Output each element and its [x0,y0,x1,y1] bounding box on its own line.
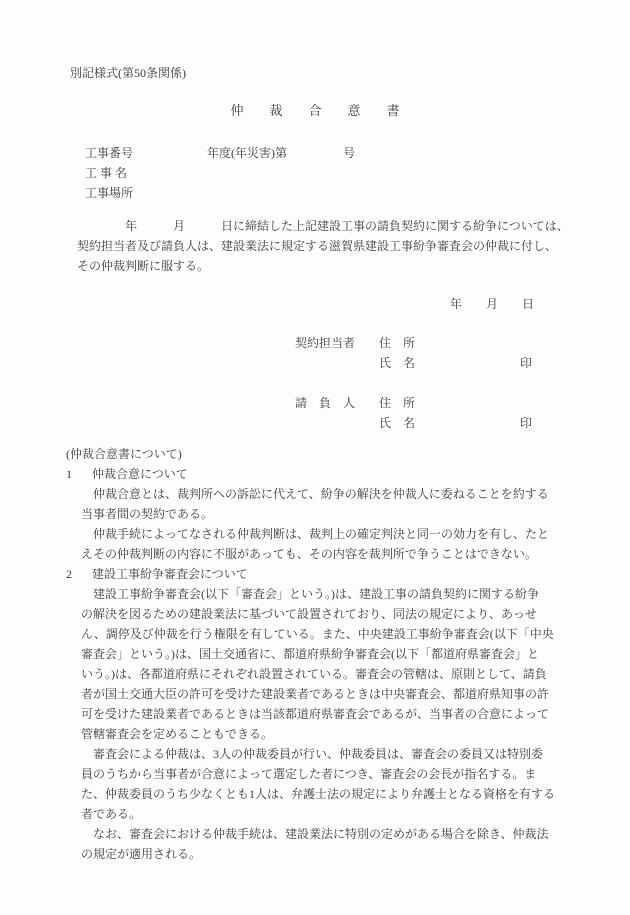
notes-item-1-paragraph: 仲裁合意とは、裁判所への訴訟に代えて、紛争の解決を仲裁人に委ねることを約する 当… [66,484,606,524]
construction-place-label: 工事場所 [85,183,565,203]
notes-item-2-title: 建設工事紛争審査会について [92,567,248,581]
signature-address-label: 住 所 [379,393,415,413]
notes-item-2-paragraph: 建設工事紛争審査会(以下「審査会」という。)は、建設工事の請負契約に関する紛争 … [66,584,606,744]
construction-name-label: 工 事 名 [85,163,565,183]
signature-party-label: 契約担当者 [295,333,355,353]
document-title: 仲 裁 合 意 書 [0,101,630,121]
signature-party-label: 請 負 人 [295,393,355,413]
notes-item-1-title: 仲裁合意について [92,467,188,481]
signature-name-label: 氏 名 [379,413,415,433]
notes-item-1-paragraph: 仲裁手続によってなされる仲裁判断は、裁判上の確定判決と同一の効力を有し、たと え… [66,524,606,564]
agreement-paragraph: 年 月 日に締結した上記建設工事の請負契約に関する紛争については、 契約担当者及… [77,216,607,276]
notes-heading: (仲裁合意書について) [66,444,606,464]
notes-item-2-paragraph: 審査会による仲裁は、3人の仲裁委員が行い、仲裁委員は、審査会の委員又は特別委 員… [66,744,606,824]
signature-name-label: 氏 名 [379,353,415,373]
signature-block-contract-officer: 契約担当者 住 所 氏 名 印 [0,333,630,373]
signature-seal-mark: 印 [520,413,532,433]
arbitration-agreement-document: 別記様式(第50条関係) 仲 裁 合 意 書 工事番号 年度(年災害)第 号 工… [0,0,630,915]
project-fields: 工事番号 年度(年災害)第 号 工 事 名 工事場所 [85,143,565,203]
signature-block-contractor: 請 負 人 住 所 氏 名 印 [0,393,630,433]
construction-number-suffix: 号 [343,143,355,163]
notes-section: (仲裁合意書について) 1仲裁合意について 仲裁合意とは、裁判所への訴訟に代えて… [66,444,606,864]
construction-number-value: 年度(年災害)第 [207,143,287,163]
notes-item-1-number: 1 [66,464,92,484]
signature-address-label: 住 所 [379,333,415,353]
signature-seal-mark: 印 [520,353,532,373]
form-reference-label: 別記様式(第50条関係) [70,63,186,83]
notes-item-1-heading: 1仲裁合意について [66,464,606,484]
notes-item-2-number: 2 [66,564,92,584]
agreement-date-line: 年 月 日 [450,294,534,314]
construction-number-row: 工事番号 年度(年災害)第 号 [85,143,565,163]
notes-item-2-heading: 2建設工事紛争審査会について [66,564,606,584]
construction-number-label: 工事番号 [85,143,133,163]
notes-item-2-paragraph: なお、審査会における仲裁手続は、建設業法に特別の定めがある場合を除き、仲裁法 の… [66,824,606,864]
